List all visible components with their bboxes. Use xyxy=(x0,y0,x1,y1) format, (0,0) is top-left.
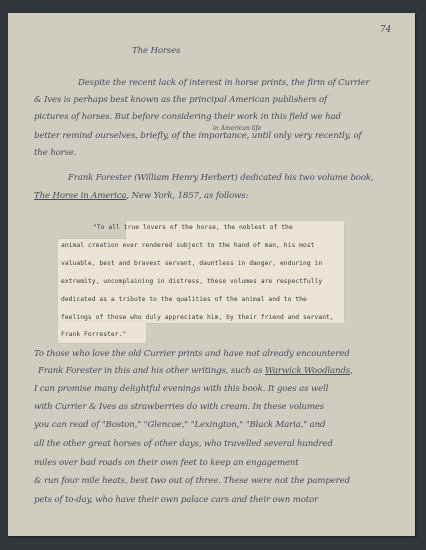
paragraph-line: miles over bad roads on their own feet t… xyxy=(34,458,299,468)
paragraph-line: To those who love the old Currier prints… xyxy=(34,349,350,359)
quote-signature: Frank Forrester." xyxy=(61,331,126,338)
paragraph-line: you can read of "Boston," "Glencoe," "Le… xyxy=(34,420,325,430)
paragraph-line: The Horse in America, New York, 1857, as… xyxy=(34,191,248,201)
manuscript-page: 74 The Horses Despite the recent lack of… xyxy=(8,13,415,536)
paragraph-line: better remind ourselves, briefly, of the… xyxy=(34,131,361,141)
book-title-warwick: Warwick Woodlands xyxy=(265,366,350,376)
paragraph-line: Frank Forester in this and his other wri… xyxy=(38,366,353,376)
quote-line: valuable, best and bravest servant, daun… xyxy=(61,260,322,267)
paragraph-line: & Ives is perhaps best known as the prin… xyxy=(34,95,327,105)
paragraph-line: I can promise many delightful evenings w… xyxy=(34,384,328,394)
quote-line: animal creation ever rendered subject to… xyxy=(61,242,315,249)
quote-line: "To all true lovers of the horse, the no… xyxy=(93,224,293,231)
paragraph-line: Frank Forester (William Henry Herbert) d… xyxy=(68,173,373,183)
paragraph-line: pictures of horses. But before consideri… xyxy=(34,112,341,122)
page-title: The Horses xyxy=(132,46,180,56)
paragraph-line: all the other great horses of other days… xyxy=(34,439,333,449)
paragraph-line: & run four mile heats, best two out of t… xyxy=(34,476,350,486)
quote-line: dedicated as a tribute to the qualities … xyxy=(61,296,307,303)
paragraph-line: Despite the recent lack of interest in h… xyxy=(78,78,369,88)
paragraph-line: pets of to-day, who have their own palac… xyxy=(34,495,318,505)
quote-line: feelings of those who duly appreciate hi… xyxy=(61,314,334,321)
paragraph-line: with Currier & Ives as strawberries do w… xyxy=(34,402,324,412)
book-title: The Horse in America xyxy=(34,191,126,201)
paragraph-line: the horse. xyxy=(34,148,76,158)
quote-line: extremity, uncomplaining in distress, th… xyxy=(61,278,322,285)
page-number: 74 xyxy=(380,25,391,35)
